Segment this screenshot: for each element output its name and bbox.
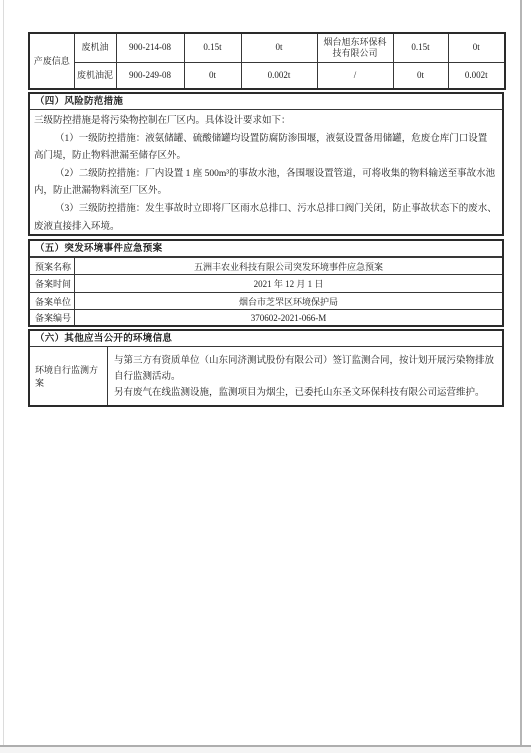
waste-disposer-cell: / [317, 62, 393, 89]
waste-disposer-cell: 烟台旭东环保科技有限公司 [317, 33, 393, 62]
table-row: 废机油泥 900-249-08 0t 0.002t / 0t 0.002t [29, 62, 505, 89]
document-page: 产废信息 废机油 900-214-08 0.15t 0t 烟台旭东环保科技有限公… [0, 0, 531, 753]
filing-authority-label: 备案单位 [30, 293, 75, 309]
body-line: 自行监测活动。 [114, 370, 494, 386]
body-line: 另有废气在线监测设施，监测项目为烟尘，已委托山东圣文环保科技有限公司运营维护。 [114, 386, 494, 402]
filing-authority-value: 烟台市芝罘区环境保护局 [75, 293, 502, 309]
body-line: （2）二级防控措施：厂内设置 1 座 500m³的事故水池，各围堰设置管道，可将… [34, 166, 494, 184]
body-line: 三级防控措施是将污染物控制在厂区内。具体设计要求如下： [34, 113, 494, 131]
waste-qty-cell: 0t [241, 33, 317, 62]
section-risk-prevention: （四）风险防范措施 三级防控措施是将污染物控制在厂区内。具体设计要求如下： （1… [28, 92, 504, 236]
waste-code-cell: 900-214-08 [116, 33, 184, 62]
table-row: 备案时间 2021 年 12 月 1 日 [30, 274, 502, 292]
waste-qty-cell: 0.15t [393, 33, 448, 62]
waste-qty-cell: 0.002t [241, 62, 317, 89]
page-left-edge [3, 0, 4, 745]
section-title: （五）突发环境事件应急预案 [30, 241, 502, 257]
table-row: 备案编号 370602-2021-066-M [30, 309, 502, 325]
waste-name-cell: 废机油泥 [74, 62, 116, 89]
table-row: 备案单位 烟台市芝罘区环境保护局 [30, 292, 502, 309]
waste-name-cell: 废机油 [74, 33, 116, 62]
section-emergency-plan: （五）突发环境事件应急预案 预案名称 五洲丰农业科技有限公司突发环境事件应急预案… [28, 239, 504, 327]
section-other-info: （六）其他应当公开的环境信息 环境自行监测方案 与第三方有资质单位（山东同济测试… [28, 329, 504, 407]
body-line: 内，防止泄漏物料流至厂区外。 [34, 183, 494, 201]
self-monitoring-label: 环境自行监测方案 [30, 347, 108, 405]
filing-number-value: 370602-2021-066-M [75, 310, 502, 325]
table-row: 产废信息 废机油 900-214-08 0.15t 0t 烟台旭东环保科技有限公… [29, 33, 505, 62]
plan-name-label: 预案名称 [30, 258, 75, 274]
document-content: 产废信息 废机油 900-214-08 0.15t 0t 烟台旭东环保科技有限公… [28, 32, 504, 407]
waste-qty-cell: 0.002t [448, 62, 505, 89]
section-title: （六）其他应当公开的环境信息 [30, 331, 502, 347]
filing-date-label: 备案时间 [30, 275, 75, 292]
body-line: 废液直接排入环境。 [34, 219, 494, 234]
body-line: 高门堤，防止物料泄漏至储存区外。 [34, 148, 494, 166]
self-monitoring-body: 与第三方有资质单位（山东同济测试股份有限公司）签订监测合同，按计划开展污染物排放… [108, 347, 502, 405]
waste-info-table: 产废信息 废机油 900-214-08 0.15t 0t 烟台旭东环保科技有限公… [28, 32, 506, 90]
waste-qty-cell: 0t [393, 62, 448, 89]
table-row: 环境自行监测方案 与第三方有资质单位（山东同济测试股份有限公司）签订监测合同，按… [30, 347, 502, 405]
waste-qty-cell: 0t [448, 33, 505, 62]
page-background [0, 747, 531, 753]
waste-info-row-label: 产废信息 [29, 33, 74, 89]
plan-name-value: 五洲丰农业科技有限公司突发环境事件应急预案 [75, 258, 502, 274]
filing-date-value: 2021 年 12 月 1 日 [75, 275, 502, 292]
waste-qty-cell: 0.15t [184, 33, 241, 62]
waste-code-cell: 900-249-08 [116, 62, 184, 89]
page-right-edge [520, 0, 522, 747]
body-line: （1）一级防控措施：液氨储罐、硫酸储罐均设置防腐防渗围堰，液氨设置备用储罐，危废… [34, 131, 494, 149]
table-row: 预案名称 五洲丰农业科技有限公司突发环境事件应急预案 [30, 257, 502, 274]
waste-qty-cell: 0t [184, 62, 241, 89]
body-line: 与第三方有资质单位（山东同济测试股份有限公司）签订监测合同，按计划开展污染物排放 [114, 354, 494, 370]
filing-number-label: 备案编号 [30, 310, 75, 325]
body-line: （3）三级防控措施：发生事故时立即将厂区雨水总排口、污水总排口阀门关闭，防止事故… [34, 201, 494, 219]
section-title: （四）风险防范措施 [30, 94, 502, 110]
section-body: 三级防控措施是将污染物控制在厂区内。具体设计要求如下： （1）一级防控措施：液氨… [30, 110, 502, 234]
